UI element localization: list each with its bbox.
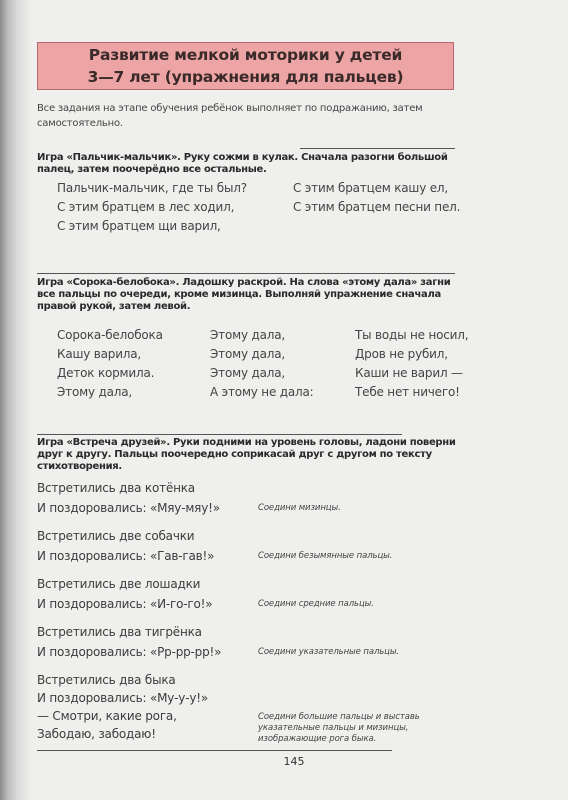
divider xyxy=(300,148,455,149)
stanza-2-line-1: Встретились две собачки xyxy=(37,526,194,547)
poem-line: Каши не варил — xyxy=(355,364,468,383)
title-line-2: 3—7 лет (упражнения для пальцев) xyxy=(38,66,453,88)
page-title: Развитие мелкой моторики у детей 3—7 лет… xyxy=(37,42,454,90)
book-page: Развитие мелкой моторики у детей 3—7 лет… xyxy=(0,0,568,800)
poem-line: Кашу варила, xyxy=(57,345,163,364)
game-2-instruction: Игра «Сорока-белобока». Ладошку раскрой.… xyxy=(37,277,467,313)
stanza-5-hint: Соедини большие пальцы и выставь указате… xyxy=(258,712,458,745)
poem-line: Тебе нет ничего! xyxy=(355,383,468,402)
stanza-1-hint: Соедини мизинцы. xyxy=(258,503,341,513)
poem-line: С этим братцем песни пел. xyxy=(293,198,460,217)
game-1-poem-col-1: Пальчик-мальчик, где ты был? С этим брат… xyxy=(57,179,247,236)
poem-line: Деток кормила. xyxy=(57,364,163,383)
page-number: 145 xyxy=(0,755,568,768)
stanza-3-hint: Соедини средние пальцы. xyxy=(258,599,374,609)
stanza-3-line-2: И поздоровались: «И-го-го!» xyxy=(37,594,212,615)
stanza-4-hint: Соедини указательные пальцы. xyxy=(258,647,399,657)
poem-line: Этому дала, xyxy=(210,326,313,345)
poem-line: С этим братцем кашу ел, xyxy=(293,179,460,198)
game-2-poem-col-3: Ты воды не носил, Дров не рубил, Каши не… xyxy=(355,326,468,402)
intro-text: Все задания на этапе обучения ребёнок вы… xyxy=(37,101,467,131)
stanza-2-hint: Соедини безымянные пальцы. xyxy=(258,551,392,561)
stanza-4-line-2: И поздоровались: «Рр-рр-рр!» xyxy=(37,642,221,663)
poem-line: А этому не дала: xyxy=(210,383,313,402)
poem-line: Дров не рубил, xyxy=(355,345,468,364)
divider xyxy=(37,273,455,274)
title-line-1: Развитие мелкой моторики у детей xyxy=(38,44,453,66)
game-1-poem-col-2: С этим братцем кашу ел, С этим братцем п… xyxy=(293,179,460,217)
stanza-1-line-1: Встретились два котёнка xyxy=(37,478,195,499)
game-2-poem-col-2: Этому дала, Этому дала, Этому дала, А эт… xyxy=(210,326,313,402)
poem-line: Ты воды не носил, xyxy=(355,326,468,345)
game-2-poem-col-1: Сорока-белобока Кашу варила, Деток корми… xyxy=(57,326,163,402)
poem-line: Этому дала, xyxy=(210,345,313,364)
game-1-instruction: Игра «Пальчик-мальчик». Руку сожми в кул… xyxy=(37,152,467,176)
game-3-instruction: Игра «Встреча друзей». Руки подними на у… xyxy=(37,437,467,473)
stanza-5-line-4: Забодаю, забодаю! xyxy=(37,724,156,745)
poem-line: Пальчик-мальчик, где ты был? xyxy=(57,179,247,198)
poem-line: С этим братцем в лес ходил, xyxy=(57,198,247,217)
stanza-1-line-2: И поздоровались: «Мяу-мяу!» xyxy=(37,498,220,519)
divider xyxy=(37,434,402,435)
poem-line: Этому дала, xyxy=(210,364,313,383)
poem-line: Этому дала, xyxy=(57,383,163,402)
divider xyxy=(37,750,392,751)
stanza-2-line-2: И поздоровались: «Гав-гав!» xyxy=(37,546,214,567)
poem-line: Сорока-белобока xyxy=(57,326,163,345)
stanza-3-line-1: Встретились две лошадки xyxy=(37,574,200,595)
stanza-4-line-1: Встретились два тигрёнка xyxy=(37,622,202,643)
poem-line: С этим братцем щи варил, xyxy=(57,217,247,236)
